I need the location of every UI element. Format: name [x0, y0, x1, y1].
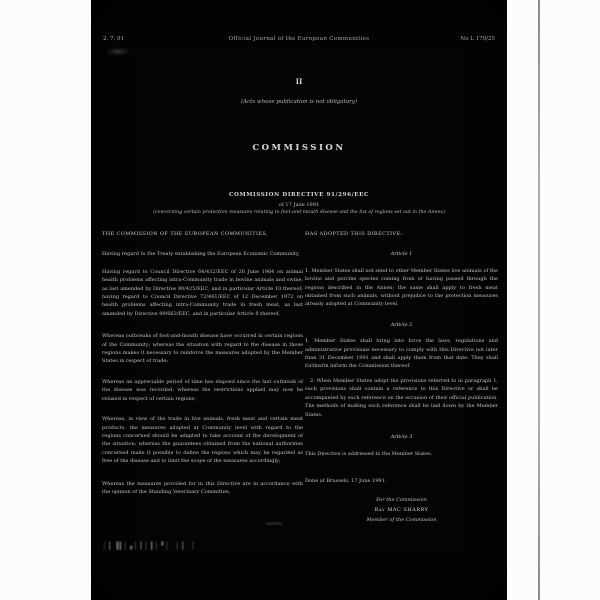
recital-whereas-1: Whereas outbreaks of foot-and-mouth dise… [102, 332, 303, 366]
journal-issue-number: No L 179/25 [460, 36, 495, 42]
recital-whereas-4: Whereas the measures provided for in thi… [102, 480, 303, 497]
section-note: (Acts whose publication is not obligator… [91, 99, 507, 105]
commission-heading: COMMISSION [91, 143, 507, 153]
film-edge-line [538, 0, 540, 600]
act-date-line: of 17 June 1991 [91, 202, 507, 208]
section-numeral: II [91, 77, 507, 86]
article-1-body: 1. Member States shall not send to other… [305, 267, 498, 309]
scan-artifact-dash [266, 522, 282, 525]
article-2-heading: Article 2 [305, 321, 498, 329]
left-column: THE COMMISSION OF THE EUROPEAN COMMUNITI… [102, 230, 303, 496]
page-content: 2. 7. 91 Official Journal of the Europea… [91, 0, 507, 600]
article-3-body: This Directive is addressed to the Membe… [305, 450, 498, 458]
scanned-journal-page: { "header": { "date": "2. 7. 91", "journ… [0, 0, 600, 600]
recital-treaty: Having regard to the Treaty establishing… [102, 250, 303, 258]
right-column: HAS ADOPTED THIS DIRECTIVE: Article 1 1.… [305, 230, 498, 525]
document-page: 2. 7. 91 Official Journal of the Europea… [91, 0, 507, 600]
recital-commission-line: THE COMMISSION OF THE EUROPEAN COMMUNITI… [102, 230, 303, 238]
article-2-paragraph-2: 2. When Member States adopt the provisio… [305, 377, 498, 419]
calibration-strip: ▏▎▐▍▏▖▏▎▏▍▏▘▏ ▏▎ ▏ [104, 539, 254, 553]
act-subtitle: (concerning certain protection measures … [119, 210, 479, 215]
article-1-heading: Article 1 [305, 250, 498, 258]
article-2-paragraph-1: 1. Member States shall bring into force … [305, 337, 498, 371]
journal-title: Official Journal of the European Communi… [91, 36, 507, 42]
signatory-title: Member of the Commission [305, 515, 498, 525]
recital-whereas-2: Whereas an appreciable period of time ha… [102, 378, 303, 403]
enacting-formula: HAS ADOPTED THIS DIRECTIVE: [305, 230, 498, 238]
signatory-name: Ray MAC SHARRY [305, 505, 498, 515]
signature-block: For the Commission Ray MAC SHARRY Member… [305, 495, 498, 525]
recital-having-regard: Having regard to Council Directive 64/43… [102, 268, 303, 318]
scan-smudge [105, 47, 131, 56]
recital-whereas-3: Whereas, in view of the trade in live an… [102, 415, 303, 465]
act-title: COMMISSION DIRECTIVE 91/296/EEC [91, 192, 507, 198]
done-at-line: Done at Brussels, 17 June 1991. [305, 477, 498, 485]
article-3-heading: Article 3 [305, 433, 498, 441]
signature-for-line: For the Commission [305, 495, 498, 505]
